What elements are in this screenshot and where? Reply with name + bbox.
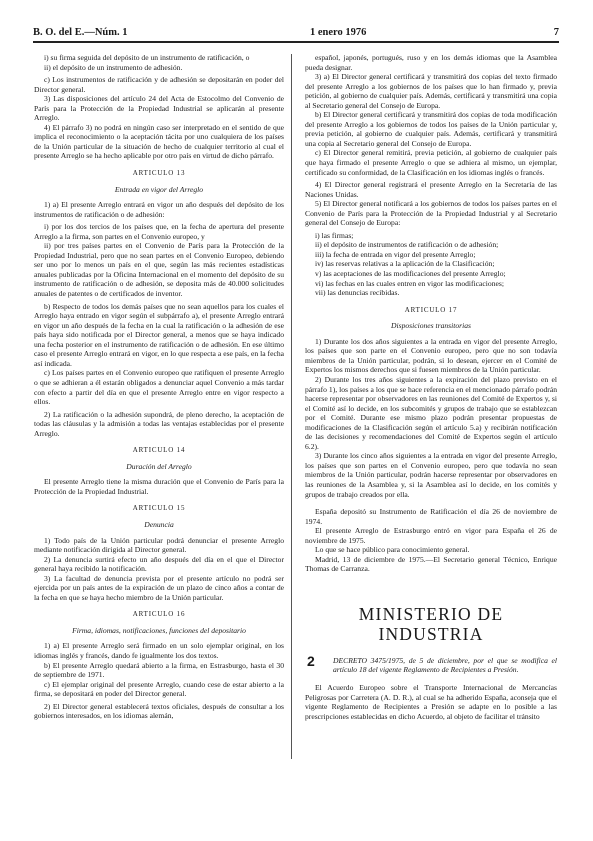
article-15-subtitle: Denuncia <box>34 520 284 530</box>
paragraph: 3) La facultad de denuncia prevista por … <box>34 574 284 603</box>
right-column: español, japonés, portugués, ruso y en l… <box>305 53 557 721</box>
paragraph: 4) El Director general registrará el pre… <box>305 180 557 199</box>
paragraph: b) Respecto de todos los demás países qu… <box>34 302 284 369</box>
column-divider <box>291 54 292 759</box>
article-17-subtitle: Disposiciones transitorias <box>305 321 557 331</box>
paragraph: c) Los instrumentos de ratificación y de… <box>34 75 284 94</box>
publication-name: B. O. del E.—Núm. 1 <box>33 27 128 38</box>
article-14-title: ARTICULO 14 <box>34 446 284 456</box>
paragraph: 3) Las disposiciones del artículo 24 del… <box>34 94 284 123</box>
paragraph: ii) el depósito de un instrumento de adh… <box>34 63 284 73</box>
decree-number: 2 <box>307 657 315 667</box>
paragraph: 2) La denuncia surtirá efecto un año des… <box>34 555 284 574</box>
issue-date: 1 enero 1976 <box>310 27 366 38</box>
article-14-subtitle: Duración del Arreglo <box>34 462 284 472</box>
article-16-subtitle: Firma, idiomas, notificaciones, funcione… <box>34 626 284 636</box>
list-item: ii) el depósito de instrumentos de ratif… <box>305 240 557 250</box>
closing-paragraph: Lo que se hace público para conocimiento… <box>305 545 557 555</box>
paragraph: 4) El párrafo 3) no podrá en ningún caso… <box>34 123 284 161</box>
paragraph: b) El Director general certificará y tra… <box>305 110 557 148</box>
list-item: v) las aceptaciones de las modificacione… <box>305 269 557 279</box>
paragraph: El Acuerdo Europeo sobre el Transporte I… <box>305 683 557 721</box>
paragraph: 1) a) El presente Arreglo será firmado e… <box>34 641 284 660</box>
paragraph: 5) El Director general notificará a los … <box>305 199 557 228</box>
list-item: iv) las reservas relativas a la aplicaci… <box>305 259 557 269</box>
paragraph: 1) a) El presente Arreglo entrará en vig… <box>34 200 284 219</box>
header-rule <box>33 41 559 43</box>
paragraph: 3) Durante los cinco años siguientes a l… <box>305 451 557 499</box>
article-13-subtitle: Entrada en vigor del Arreglo <box>34 185 284 195</box>
paragraph: El presente Arreglo tiene la misma durac… <box>34 477 284 496</box>
list-item: iii) la fecha de entrada en vigor del pr… <box>305 250 557 260</box>
decree-entry: 2 DECRETO 3475/1975, de 5 de diciembre, … <box>305 656 557 675</box>
article-16-title: ARTICULO 16 <box>34 610 284 620</box>
ministry-heading: MINISTERIO DE INDUSTRIA <box>305 604 557 644</box>
paragraph: c) El Director general remitirá, previa … <box>305 148 557 177</box>
list-item: i) las firmas; <box>305 231 557 241</box>
left-column: i) su firma seguida del depósito de un i… <box>34 53 284 721</box>
closing-paragraph: El presente Arreglo de Estrasburgo entró… <box>305 526 557 545</box>
paragraph: i) por los dos tercios de los países que… <box>34 222 284 241</box>
signature-line: Madrid, 13 de diciembre de 1975.—El Secr… <box>305 555 557 574</box>
paragraph: 1) Todo país de la Unión particular podr… <box>34 536 284 555</box>
list-item: vi) las fechas en las cuales entren en v… <box>305 279 557 289</box>
page-number: 7 <box>554 27 559 38</box>
paragraph: c) El ejemplar original del presente Arr… <box>34 680 284 699</box>
paragraph: b) El presente Arreglo quedará abierto a… <box>34 661 284 680</box>
paragraph: ii) por tres países partes en el Conveni… <box>34 241 284 298</box>
paragraph: español, japonés, portugués, ruso y en l… <box>305 53 557 72</box>
article-17-title: ARTICULO 17 <box>305 306 557 316</box>
paragraph: 2) El Director general establecerá texto… <box>34 702 284 721</box>
paragraph: i) su firma seguida del depósito de un i… <box>34 53 284 63</box>
article-13-title: ARTICULO 13 <box>34 169 284 179</box>
article-15-title: ARTICULO 15 <box>34 504 284 514</box>
closing-paragraph: España depositó su Instrumento de Ratifi… <box>305 507 557 526</box>
paragraph: 1) Durante los dos años siguientes a la … <box>305 337 557 375</box>
paragraph: c) Los países partes en el Convenio euro… <box>34 368 284 406</box>
list-item: vii) las denuncias recibidas. <box>305 288 557 298</box>
paragraph: 2) Durante los tres años siguientes a la… <box>305 375 557 451</box>
paragraph: 3) a) El Director general certificará y … <box>305 72 557 110</box>
decree-summary: DECRETO 3475/1975, de 5 de diciembre, po… <box>333 656 557 675</box>
paragraph: 2) La ratificación o la adhesión supondr… <box>34 410 284 439</box>
page-header: B. O. del E.—Núm. 1 1 enero 1976 7 <box>33 27 559 41</box>
